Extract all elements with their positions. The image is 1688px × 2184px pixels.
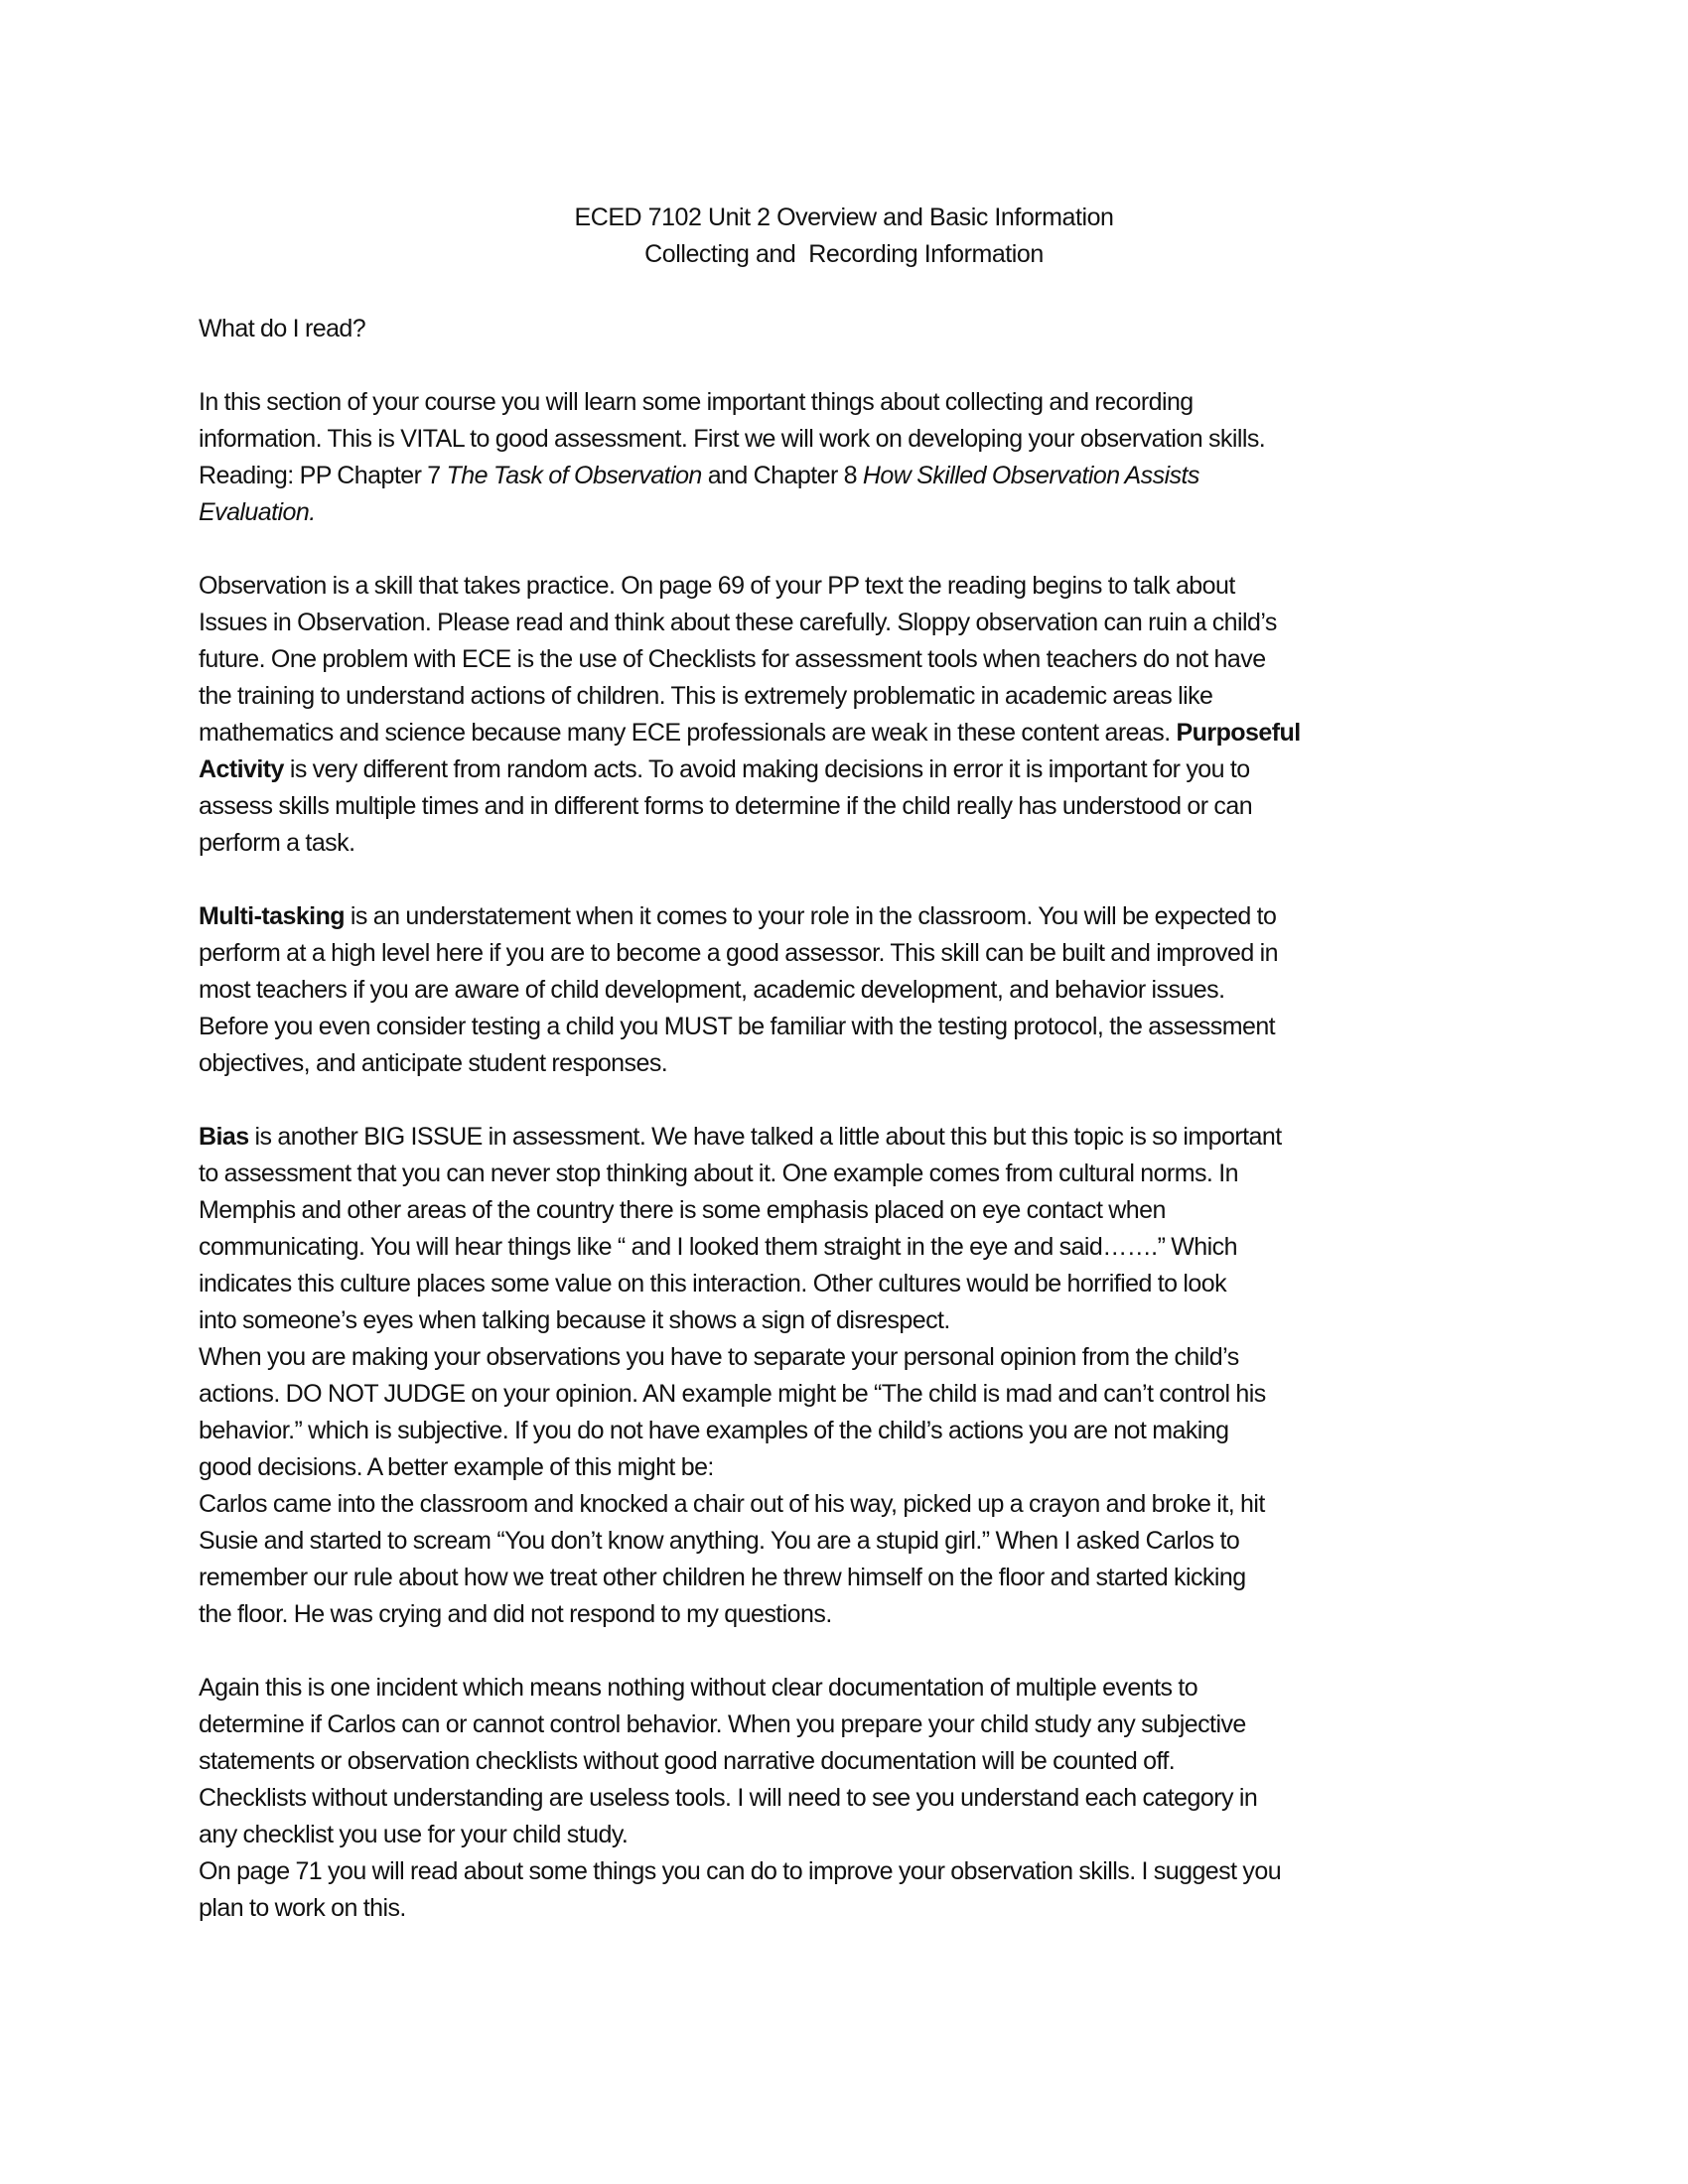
purposeful-activity-term-cont: Activity — [199, 755, 284, 783]
text-line: plan to work on this. — [199, 1890, 406, 1926]
text-line: statements or observation checklists wit… — [199, 1743, 1175, 1779]
text-line: In this section of your course you will … — [199, 384, 1194, 420]
text-line: any checklist you use for your child stu… — [199, 1817, 628, 1852]
text-span: and Chapter 8 — [702, 462, 863, 489]
text-line: behavior.” which is subjective. If you d… — [199, 1413, 1229, 1448]
text-line: objectives, and anticipate student respo… — [199, 1045, 667, 1081]
chapter-8-title: How Skilled Observation Assists — [863, 462, 1199, 489]
text-line: When you are making your observations yo… — [199, 1339, 1239, 1375]
text-line: indicates this culture places some value… — [199, 1266, 1226, 1301]
text-line: Again this is one incident which means n… — [199, 1670, 1197, 1706]
text-line: good decisions. A better example of this… — [199, 1449, 714, 1485]
text-line: communicating. You will hear things like… — [199, 1229, 1237, 1265]
text-line: Evaluation. — [199, 494, 316, 530]
text-line: the training to understand actions of ch… — [199, 678, 1212, 714]
text-line: Carlos came into the classroom and knock… — [199, 1486, 1265, 1522]
document-title: ECED 7102 Unit 2 Overview and Basic Info… — [0, 200, 1688, 235]
reading-question-heading: What do I read? — [199, 311, 365, 346]
text-line: future. One problem with ECE is the use … — [199, 641, 1266, 677]
text-line: Observation is a skill that takes practi… — [199, 568, 1235, 604]
chapter-7-title: The Task of Observation — [447, 462, 702, 489]
text-line: Activity is very different from random a… — [199, 751, 1250, 787]
text-line: Memphis and other areas of the country t… — [199, 1192, 1166, 1228]
text-line: Susie and started to scream “You don’t k… — [199, 1523, 1239, 1559]
text-line: perform a task. — [199, 825, 354, 861]
text-line: actions. DO NOT JUDGE on your opinion. A… — [199, 1376, 1266, 1412]
document-subtitle: Collecting and Recording Information — [0, 236, 1688, 272]
text-line: Bias is another BIG ISSUE in assessment.… — [199, 1119, 1282, 1155]
text-span: is another BIG ISSUE in assessment. We h… — [249, 1123, 1282, 1151]
text-line: mathematics and science because many ECE… — [199, 715, 1301, 751]
text-line: Checklists without understanding are use… — [199, 1780, 1257, 1816]
purposeful-activity-term: Purposeful — [1177, 719, 1301, 747]
text-line: to assessment that you can never stop th… — [199, 1156, 1238, 1191]
text-line: assess skills multiple times and in diff… — [199, 788, 1252, 824]
text-line: remember our rule about how we treat oth… — [199, 1560, 1246, 1595]
text-line: Issues in Observation. Please read and t… — [199, 605, 1277, 640]
text-line: perform at a high level here if you are … — [199, 935, 1278, 971]
text-line: determine if Carlos can or cannot contro… — [199, 1706, 1246, 1742]
bias-term: Bias — [199, 1123, 249, 1151]
text-line: into someone’s eyes when talking because… — [199, 1302, 950, 1338]
text-span: is very different from random acts. To a… — [284, 755, 1250, 783]
chapter-8-title-cont: Evaluation. — [199, 498, 316, 526]
text-line: Before you even consider testing a child… — [199, 1009, 1275, 1044]
text-line: Reading: PP Chapter 7 The Task of Observ… — [199, 458, 1199, 493]
text-span: Reading: PP Chapter 7 — [199, 462, 447, 489]
text-line: information. This is VITAL to good asses… — [199, 421, 1265, 457]
text-line: On page 71 you will read about some thin… — [199, 1853, 1281, 1889]
text-line: Multi-tasking is an understatement when … — [199, 898, 1276, 934]
multi-tasking-term: Multi-tasking — [199, 902, 345, 930]
document-page: ECED 7102 Unit 2 Overview and Basic Info… — [0, 0, 1688, 2184]
text-span: mathematics and science because many ECE… — [199, 719, 1177, 747]
text-line: the floor. He was crying and did not res… — [199, 1596, 832, 1632]
text-span: is an understatement when it comes to yo… — [345, 902, 1276, 930]
text-line: most teachers if you are aware of child … — [199, 972, 1225, 1008]
